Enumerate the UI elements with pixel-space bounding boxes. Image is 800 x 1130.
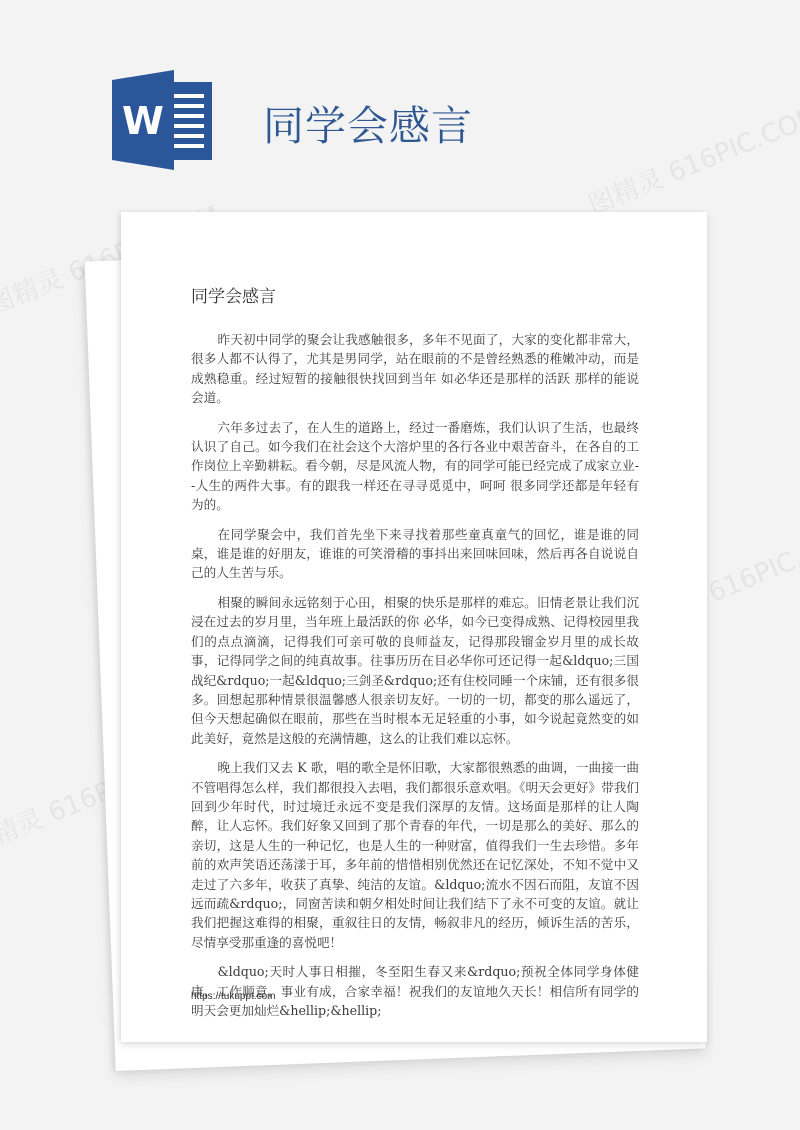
header-title: 同学会感言 <box>263 93 473 152</box>
paragraph: 相聚的瞬间永远铭刻于心田，相聚的快乐是那样的难忘。旧情老景让我们沉浸在过去的岁月… <box>191 593 639 748</box>
paragraph: 六年多过去了，在人生的道路上，经过一番磨炼，我们认识了生活，也最终认识了自己。如… <box>191 418 639 515</box>
source-url: https://tukuppt.com <box>191 991 276 1002</box>
paragraph: 晚上我们又去 K 歌，唱的歌全是怀旧歌，大家都很熟悉的曲调，一曲接一曲不管唱得怎… <box>191 758 639 952</box>
paragraph: 昨天初中同学的聚会让我感触很多，多年不见面了，大家的变化都非常大，很多人都不认得… <box>191 330 639 408</box>
paragraph: 在同学聚会中，我们首先坐下来寻找着那些童真童气的回忆，谁是谁的同桌，谁是谁的好朋… <box>191 525 639 583</box>
document-body: 昨天初中同学的聚会让我感触很多，多年不见面了，大家的变化都非常大，很多人都不认得… <box>191 330 639 1030</box>
word-document-icon: W <box>110 70 214 170</box>
header: W 同学会感言 <box>0 0 800 200</box>
svg-text:W: W <box>122 99 164 143</box>
document-page: 同学会感言 昨天初中同学的聚会让我感触很多，多年不见面了，大家的变化都非常大，很… <box>121 212 707 1042</box>
document-title: 同学会感言 <box>191 282 276 307</box>
